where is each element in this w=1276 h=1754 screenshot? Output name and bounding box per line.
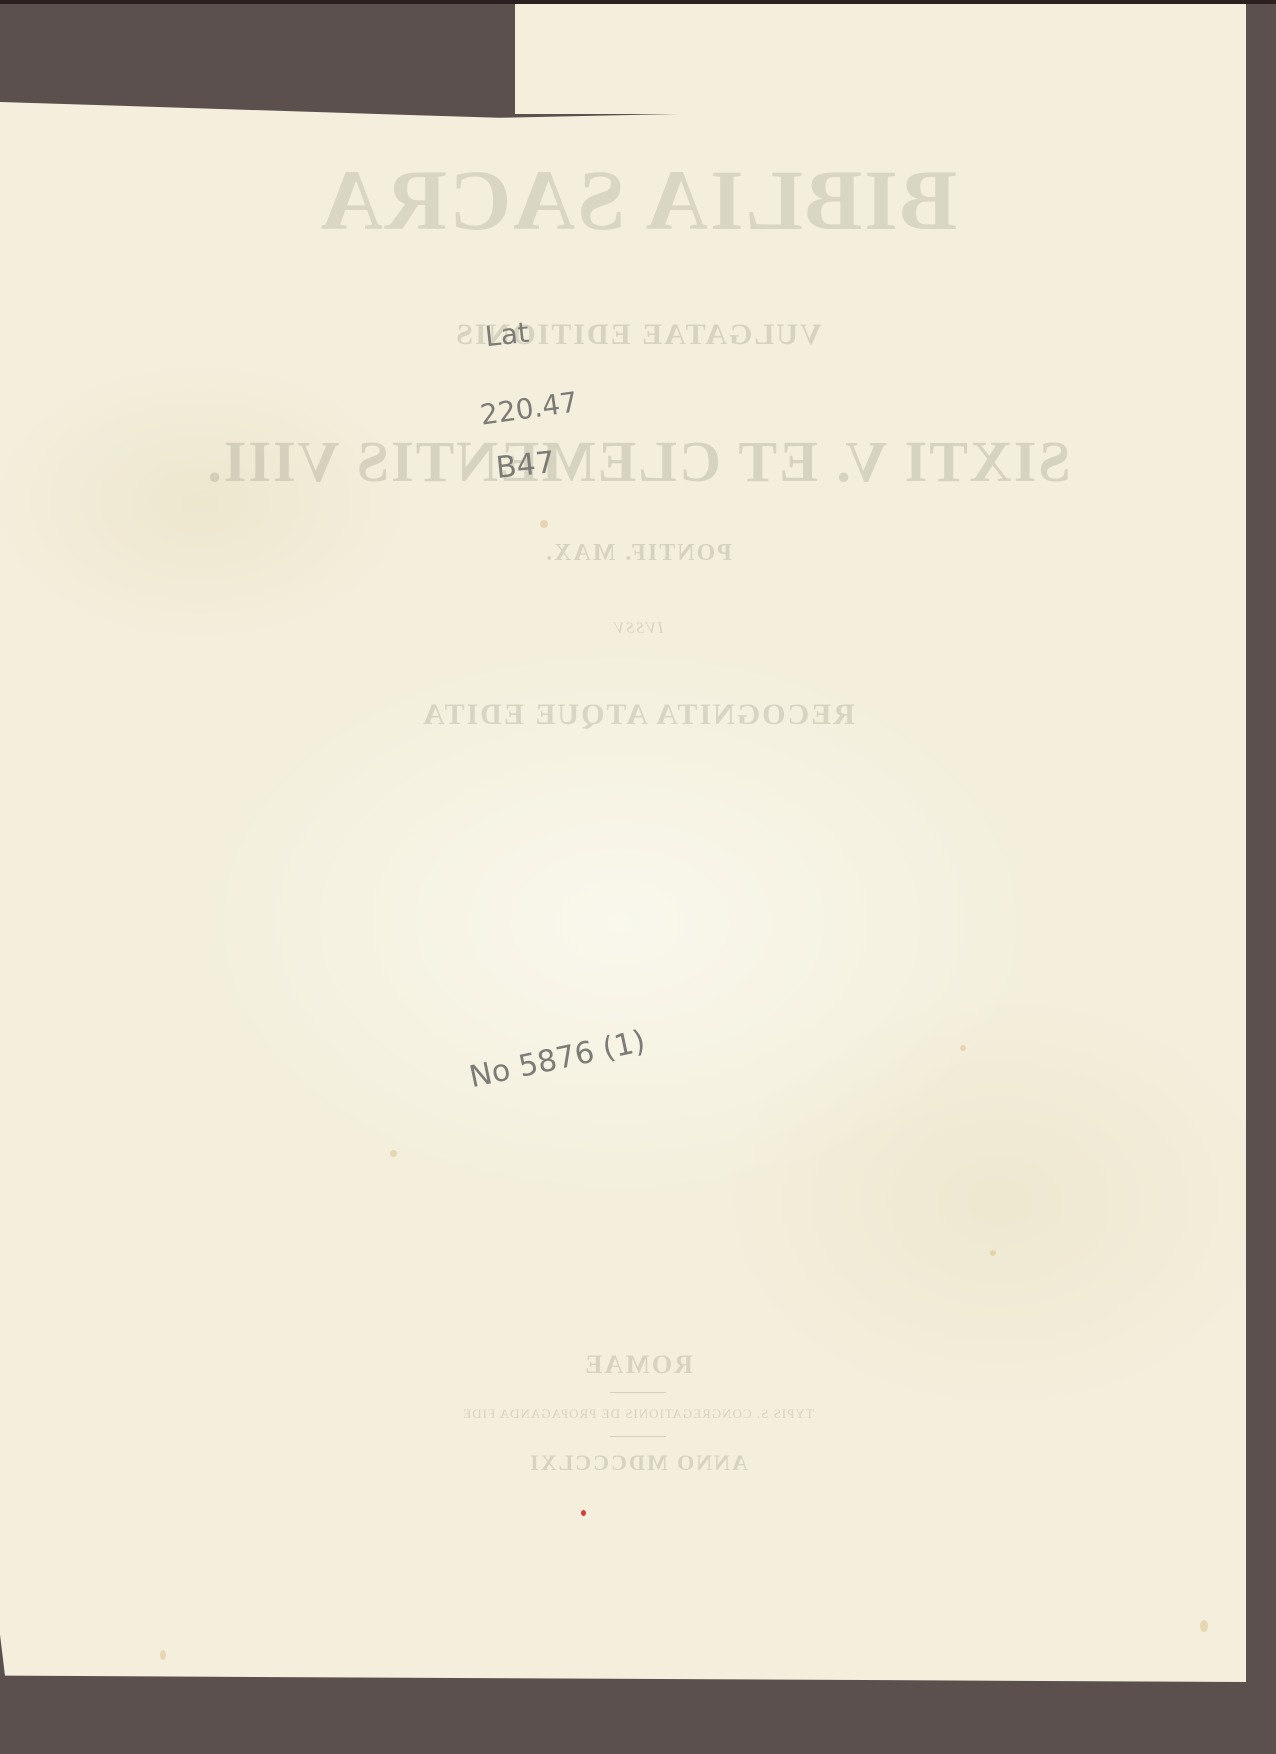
show-through-year: ANNO MDCCCLXI: [0, 1450, 1276, 1476]
show-through-title: BIBLIA SACRA: [0, 150, 1276, 250]
show-through-pontiff: PONTIF. MAX.: [0, 540, 1276, 567]
show-through-press: TYPIS S. CONGREGATIONIS DE PROPAGANDA FI…: [0, 1406, 1276, 1422]
paper-top-flap: [515, 4, 1246, 114]
imprint-rule: [610, 1392, 666, 1393]
foxing-spot: [390, 1150, 397, 1157]
pencil-note-cutter: B47: [494, 445, 556, 486]
show-through-popes: SIXTI V. ET CLEMENTIS VIII.: [0, 428, 1276, 495]
show-through-subtitle: VULGATAE EDITIONIS: [0, 318, 1276, 352]
red-ink-spot: [581, 1510, 586, 1516]
foxing-spot: [960, 1045, 966, 1051]
show-through-city: ROMAE: [0, 1350, 1276, 1380]
foxing-spot: [990, 1250, 996, 1256]
imprint-rule: [610, 1436, 666, 1437]
foxing-spot: [540, 520, 548, 528]
show-through-iussu: IVSSV: [0, 620, 1276, 638]
pencil-note-language: Lat: [483, 316, 530, 353]
foxing-spot: [160, 1650, 166, 1660]
show-through-recognita: RECOGNITA ATQUE EDITA: [0, 698, 1276, 732]
foxing-spot: [1200, 1620, 1208, 1632]
